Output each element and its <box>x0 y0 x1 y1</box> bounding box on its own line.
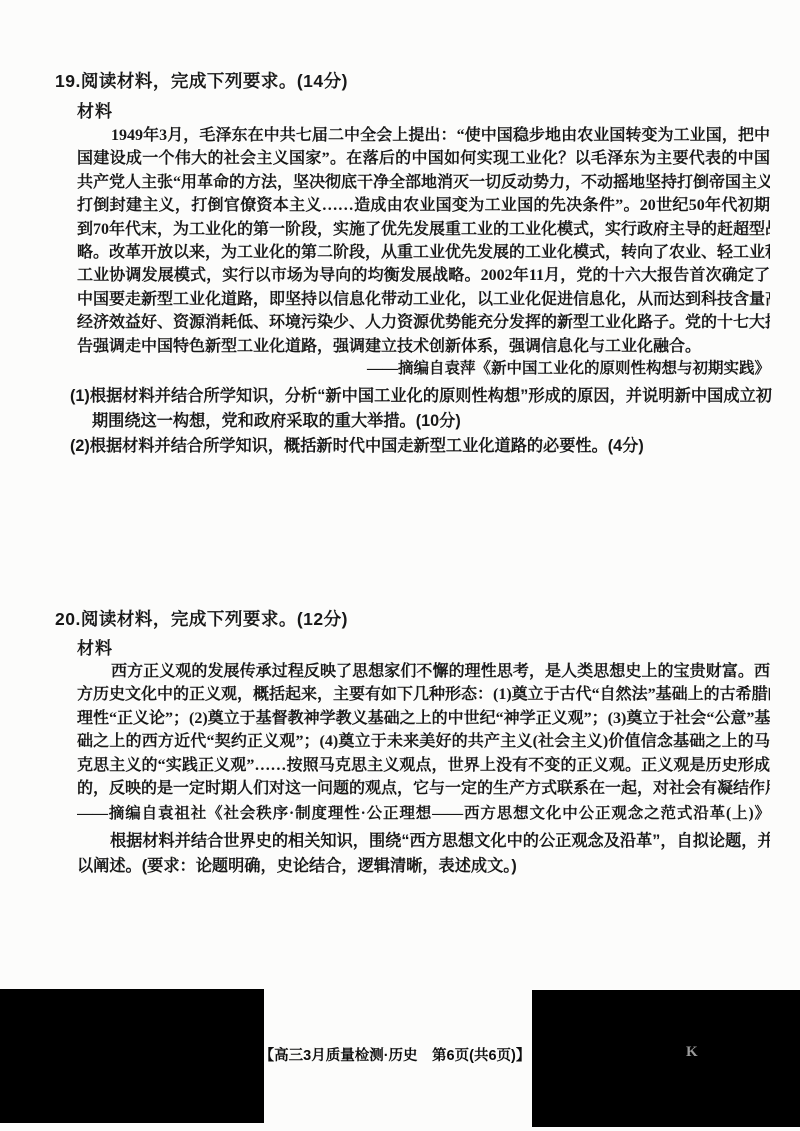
question-20-material-paragraph: 西方正义观的发展传承过程反映了思想家们不懈的理性思考，是人类思想史上的宝贵财富。… <box>77 660 770 800</box>
question-19-header: 19.阅读材料，完成下列要求。(14分) <box>55 68 348 93</box>
material-line: 的，反映的是一定时期人们对这一问题的观点，它与一定的生产方式联系在一起，对社会有… <box>77 777 770 800</box>
material-line: 方历史文化中的正义观，概括起来，主要有如下几种形态：(1)奠立于古代“自然法”基… <box>77 683 770 706</box>
material-line: 经济效益好、资源消耗低、环境污染少、人力资源优势能充分发挥的新型工业化路子。党的… <box>77 311 770 334</box>
material-line: 中国要走新型工业化道路，即坚持以信息化带动工业化，以工业化促进信息化，从而达到科… <box>77 288 770 311</box>
redaction-block-left <box>0 989 264 1123</box>
question-20-header: 20.阅读材料，完成下列要求。(12分) <box>55 606 348 631</box>
question-19-source-attribution: ——摘编自袁萍《新中国工业化的原则性构想与初期实践》 <box>77 357 770 380</box>
task-line: 以阐述。(要求：论题明确，史论结合，逻辑清晰，表述成文。) <box>77 854 770 879</box>
material-line: 略。改革开放以来，为工业化的第二阶段，从重工业优先发展的工业化模式，转向了农业、… <box>77 241 770 264</box>
question-20-task: 根据材料并结合世界史的相关知识，围绕“西方思想文化中的公正观念及沿革”，自拟论题… <box>77 829 770 879</box>
material-line: 克思主义的“实践正义观”……按照马克思主义观点，世界上没有不变的正义观。正义观是… <box>77 754 770 777</box>
redaction-block-right <box>532 990 800 1127</box>
material-line: 告强调走中国特色新型工业化道路，强调建立技术创新体系，强调信息化与工业化融合。 <box>77 335 770 358</box>
material-line: 础之上的西方近代“契约正义观”；(4)奠立于未来美好的共产主义(社会主义)价值信… <box>77 730 770 753</box>
sub-question-line: 期围绕这一构想，党和政府采取的重大举措。(10分) <box>70 409 772 434</box>
task-line: 根据材料并结合世界史的相关知识，围绕“西方思想文化中的公正观念及沿革”，自拟论题… <box>77 829 770 854</box>
material-line: 理性“正义论”；(2)奠立于基督教神学教义基础之上的中世纪“神学正义观”；(3)… <box>77 707 770 730</box>
material-line: 打倒封建主义，打倒官僚资本主义……造成由农业国变为工业国的先决条件”。20世纪5… <box>77 194 770 217</box>
material-line: 共产党人主张“用革命的方法，坚决彻底干净全部地消灭一切反动势力，不动摇地坚持打倒… <box>77 171 770 194</box>
question-19-material-paragraph: 1949年3月，毛泽东在中共七届二中全会上提出：“使中国稳步地由农业国转变为工业… <box>77 124 770 358</box>
sub-question-line: (2)根据材料并结合所学知识，概括新时代中国走新型工业化道路的必要性。(4分) <box>70 434 772 459</box>
page-footer-text: 【高三3月质量检测·历史 第6页(共6页)】 <box>250 1044 540 1065</box>
question-19-material-label: 材料 <box>77 97 113 122</box>
material-line: 到70年代末，为工业化的第一阶段，实施了优先发展重工业的工业化模式，实行政府主导… <box>77 218 770 241</box>
material-line: 工业协调发展模式，实行以市场为导向的均衡发展战略。2002年11月，党的十六大报… <box>77 264 770 287</box>
watermark-k: K <box>686 1044 698 1061</box>
material-line: 西方正义观的发展传承过程反映了思想家们不懈的理性思考，是人类思想史上的宝贵财富。… <box>77 660 770 683</box>
material-line: 国建设成一个伟大的社会主义国家”。在落后的中国如何实现工业化？以毛泽东为主要代表… <box>77 147 770 170</box>
material-line: 1949年3月，毛泽东在中共七届二中全会上提出：“使中国稳步地由农业国转变为工业… <box>77 124 770 147</box>
question-20-source-attribution: ——摘编自袁祖社《社会秩序·制度理性·公正理想——西方思想文化中公正观念之范式沿… <box>77 802 770 825</box>
question-19-sub-question-2: (2)根据材料并结合所学知识，概括新时代中国走新型工业化道路的必要性。(4分) <box>70 434 772 459</box>
sub-question-line: (1)根据材料并结合所学知识，分析“新中国工业化的原则性构想”形成的原因，并说明… <box>70 384 772 409</box>
question-20-material-label: 材料 <box>77 634 113 659</box>
question-19-sub-question-1: (1)根据材料并结合所学知识，分析“新中国工业化的原则性构想”形成的原因，并说明… <box>70 384 772 434</box>
exam-page: 19.阅读材料，完成下列要求。(14分) 材料 1949年3月，毛泽东在中共七届… <box>0 0 800 1131</box>
